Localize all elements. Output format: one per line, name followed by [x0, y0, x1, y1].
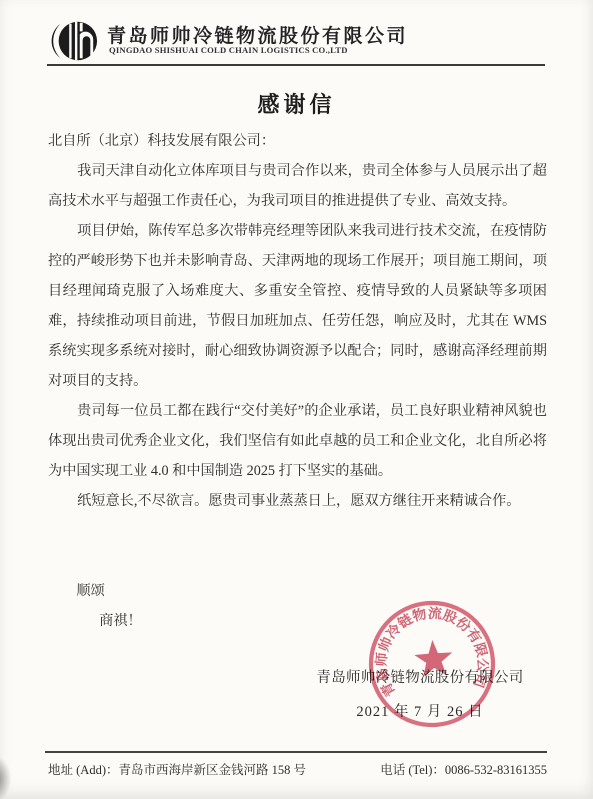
- footer-address: 地址 (Add)：青岛市西海岸新区金钱河路 158 号: [48, 760, 306, 778]
- scan-artifact: [0, 756, 11, 799]
- header-company-name-cn: 青岛师帅冷链物流股份有限公司: [107, 21, 408, 48]
- letter-salutation: 北自所（北京）科技发展有限公司：: [48, 126, 547, 156]
- footer-phone-value: 0086-532-83161355: [445, 763, 547, 777]
- header-divider: [47, 64, 545, 66]
- company-logo-icon: [50, 17, 98, 65]
- letter-title: 感谢信: [0, 88, 593, 119]
- footer-phone: 电话 (Tel)：0086-532-83161355: [380, 760, 547, 778]
- footer: 地址 (Add)：青岛市西海岸新区金钱河路 158 号 电话 (Tel)：008…: [48, 760, 547, 778]
- letter-page: 青岛师帅冷链物流股份有限公司 QINGDAO SHISHUAI COLD CHA…: [0, 0, 593, 799]
- header-company-name-en: QINGDAO SHISHUAI COLD CHAIN LOGISTICS CO…: [109, 45, 348, 55]
- letter-body: 北自所（北京）科技发展有限公司： 我司天津自动化立体库项目与贵司合作以来，贵司全…: [48, 126, 547, 636]
- footer-divider: [45, 751, 547, 753]
- letter-paragraphs: 我司天津自动化立体库项目与贵司合作以来，贵司全体参与人员展示出了超高技术水平与超…: [48, 156, 547, 516]
- footer-address-label: 地址 (Add)：: [48, 763, 118, 777]
- footer-address-value: 青岛市西海岸新区金钱河路 158 号: [118, 763, 306, 777]
- seal-star-icon: [413, 639, 453, 678]
- letter-paragraph: 贵司每一位员工都在践行“交付美好”的企业承诺，员工良好职业精神风貌也体现出贵司优…: [48, 396, 547, 486]
- letter-paragraph: 项目伊始，陈传军总多次带韩亮经理等团队来我司进行技术交流，在疫情防控的严峻形势下…: [48, 216, 547, 396]
- company-seal-stamp: 青岛师帅冷链物流股份有限公司: [359, 591, 504, 736]
- footer-phone-label: 电话 (Tel)：: [380, 763, 445, 777]
- letter-paragraph: 我司天津自动化立体库项目与贵司合作以来，贵司全体参与人员展示出了超高技术水平与超…: [48, 156, 547, 216]
- letter-paragraph: 纸短意长,不尽欲言。愿贵司事业蒸蒸日上，愿双方继往开来精诚合作。: [48, 486, 547, 516]
